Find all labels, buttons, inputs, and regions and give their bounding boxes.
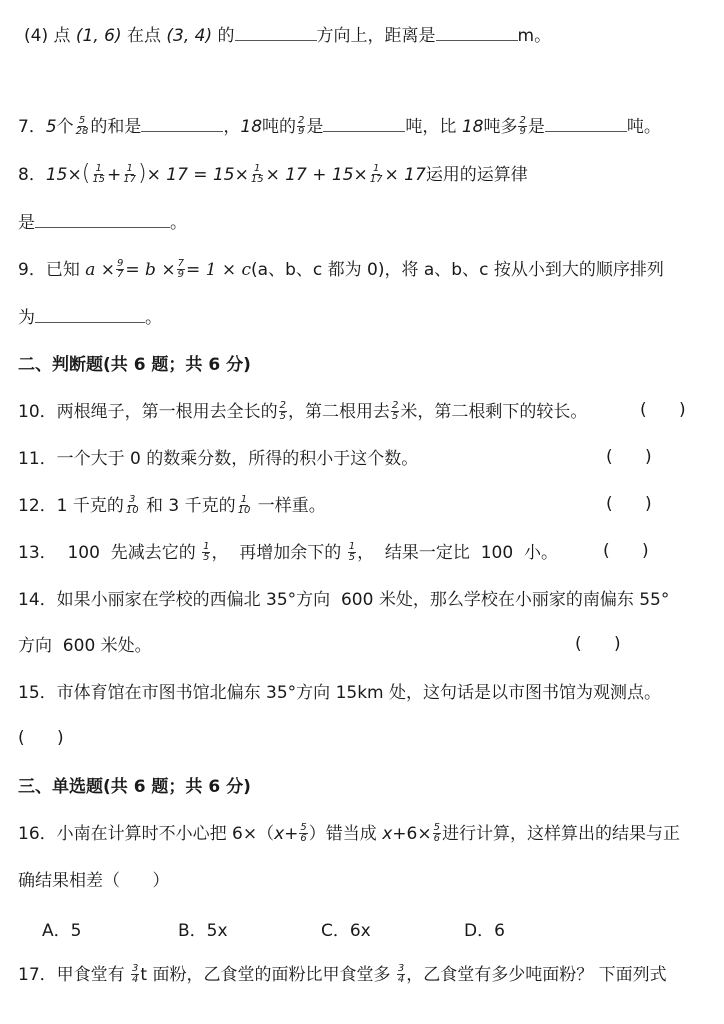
fraction: 29 [518,116,526,137]
option-c[interactable]: C．6x [321,916,371,941]
fraction: 117 [369,164,384,185]
text: (a、b、c 都为 0)，将 a、b、c 按从小到大的顺序排列 [251,260,664,280]
question-17: 17．甲食堂有 34t 面粉，乙食堂的面粉比甲食堂多 34，乙食堂有多少吨面粉？… [18,963,667,987]
point-2: (3, 4) [166,26,212,46]
math: x [382,824,392,844]
text: ， 结果一定比 100 小。 [357,543,558,563]
question-7: 7．5个528的和是，18吨的29是吨，比 18吨多29是吨。 [18,115,661,139]
left-paren: ( [82,162,91,186]
text: 吨的 [262,117,296,137]
math: +6× [392,824,431,844]
option-d[interactable]: D．6 [464,916,505,941]
answer-blank[interactable] [35,211,170,228]
question-number: 7． [18,117,46,137]
text: t 面粉，乙食堂的面粉比甲食堂多 [140,965,395,985]
text: 是 [18,213,35,233]
question-16: 16．小南在计算时不小心把 6×（x+56）错当成 x+6×56进行计算，这样算… [18,822,680,846]
text: 吨。 [627,117,661,137]
text: 方向上，距离是 [317,26,436,46]
text: ，乙食堂有多少吨面粉？ 下面列式 [406,965,666,985]
text: 的 [212,26,234,46]
question-14: 14．如果小丽家在学校的西偏北 35°方向 600 米处，那么学校在小丽家的南偏… [18,588,669,612]
text: 17．甲食堂有 [18,965,130,985]
answer-blank-distance[interactable] [436,24,518,41]
section-heading-single-choice: 三、单选题(共 6 题；共 6 分) [18,775,251,799]
fraction: 110 [237,495,252,516]
fraction: 25 [279,401,287,422]
answer-bracket-12[interactable]: ( ) [606,494,652,514]
text: 16．小南在计算时不小心把 6×（ [18,824,274,844]
fraction: 56 [433,823,441,844]
text: 在点 [122,26,167,46]
right-paren: ) [138,162,147,186]
text: 为 [18,308,35,328]
point-1: (1, 6) [76,26,122,46]
math: + [284,824,298,844]
question-9-line2: 为。 [18,306,162,330]
answer-bracket-11[interactable]: ( ) [606,447,652,467]
question-4-sub: (4) 点 (1, 6) 在点 (3, 4) 的方向上，距离是m。 [24,24,551,48]
text: 的和是 [90,117,141,137]
answer-blank-1[interactable] [141,115,223,132]
fraction: 528 [75,116,90,137]
math: = 1 × c [186,260,251,280]
text: m。 [518,26,552,46]
text: 12．1 千克的 [18,496,124,516]
fraction: 25 [391,401,399,422]
text: 一样重。 [252,496,325,516]
text: 吨多 [483,117,517,137]
text: 10．两根绳子，第一根用去全长的 [18,402,278,422]
fraction: 117 [122,164,137,185]
fraction: 15 [202,542,210,563]
text: 。 [170,213,187,233]
answer-bracket-14[interactable]: ( ) [575,634,621,654]
question-10: 10．两根绳子，第一根用去全长的25，第二根用去25米，第二根剩下的较长。 [18,400,587,424]
answer-blank-direction[interactable] [235,24,317,41]
fraction: 115 [250,164,265,185]
math: × 17 [385,165,426,185]
question-8: 8．15×(115+117)× 17 = 15×115× 17 + 15×117… [18,162,528,187]
text: 和 3 千克的 [141,496,236,516]
text: (4) 点 [24,26,76,46]
fraction: 79 [177,259,185,280]
math: × 17 = 15× [147,165,249,185]
question-number: 9．已知 [18,260,85,280]
text: 13． 100 先减去它的 [18,543,201,563]
text: ， 再增加余下的 [211,543,346,563]
math: + [107,165,121,185]
text: 5 [46,117,57,137]
fraction: 15 [348,542,356,563]
fraction: 97 [116,259,124,280]
text: 18 [240,117,262,137]
text: 是 [528,117,545,137]
fraction: 56 [299,823,307,844]
text: 。 [145,308,162,328]
fraction: 34 [131,964,139,985]
text: 米，第二根剩下的较长。 [400,402,587,422]
text: 运用的运算律 [426,165,528,185]
answer-blank-2[interactable] [323,115,405,132]
fraction: 29 [297,116,305,137]
text: ， [223,117,240,137]
answer-bracket-15[interactable]: ( ) [18,728,64,748]
answer-bracket-13[interactable]: ( ) [603,541,649,561]
question-13: 13． 100 先减去它的 15， 再增加余下的 15， 结果一定比 100 小… [18,541,558,565]
question-16-line2: 确结果相差（ ） [18,869,169,893]
fraction: 115 [91,164,106,185]
text: 个 [57,117,74,137]
option-b[interactable]: B．5x [178,916,228,941]
text: 是 [306,117,323,137]
answer-bracket-10[interactable]: ( ) [640,400,686,420]
question-number: 8． [18,165,46,185]
option-a[interactable]: A．5 [42,916,81,941]
fraction: 310 [125,495,140,516]
section-heading-true-false: 二、判断题(共 6 题；共 6 分) [18,353,251,377]
text: 吨，比 [405,117,461,137]
question-14-line2: 方向 600 米处。 [18,634,152,658]
answer-blank-3[interactable] [545,115,627,132]
math: = b × [125,260,175,280]
question-11: 11．一个大于 0 的数乘分数，所得的积小于这个数。 [18,447,418,471]
text: 进行计算，这样算出的结果与正 [442,824,680,844]
question-12: 12．1 千克的310 和 3 千克的110 一样重。 [18,494,326,518]
question-8-line2: 是。 [18,211,187,235]
question-15: 15．市体育馆在市图书馆北偏东 35°方向 15km 处，这句话是以市图书馆为观… [18,681,661,705]
text: ）错当成 [309,824,382,844]
answer-blank[interactable] [35,306,145,323]
text: ，第二根用去 [288,402,390,422]
text: 18 [462,117,484,137]
math: 15× [46,165,82,185]
math: a × [85,260,115,280]
math: x [274,824,284,844]
math: × 17 + 15× [266,165,368,185]
fraction: 34 [397,964,405,985]
question-9: 9．已知 a ×97= b ×79= 1 × c(a、b、c 都为 0)，将 a… [18,258,664,282]
